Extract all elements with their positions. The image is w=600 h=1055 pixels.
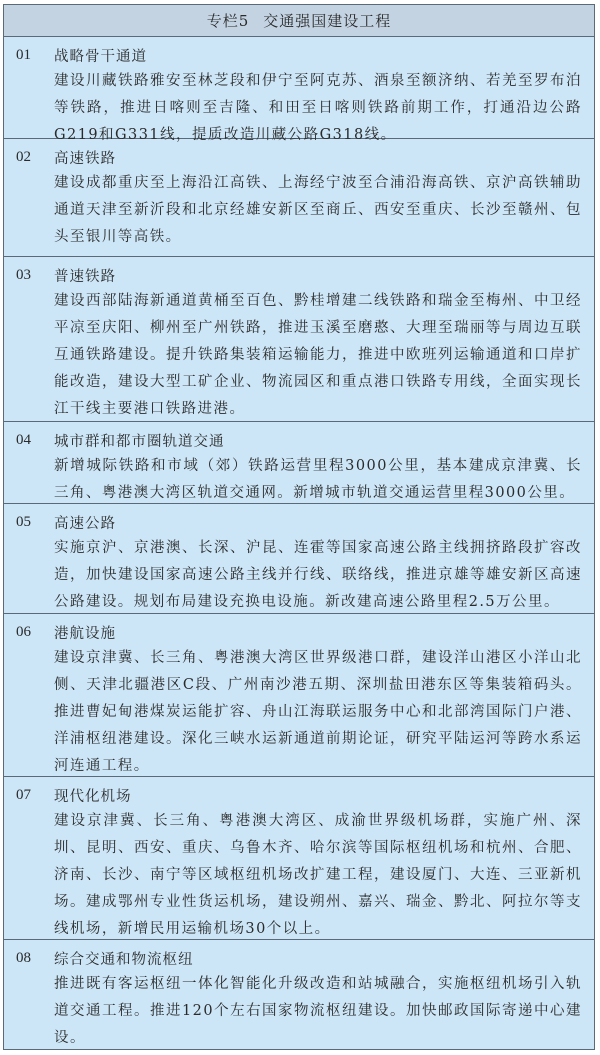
row-body: 建设西部陆海新通道黄桶至百色、黔桂增建二线铁路和瑞金至梅州、中卫经平凉至庆阳、柳… — [54, 288, 582, 423]
row-title: 综合交通和物流枢纽 — [54, 948, 194, 969]
row-title: 普速铁路 — [54, 265, 116, 286]
row-number: 01 — [16, 47, 54, 64]
row-body: 建设川藏铁路雅安至林芝段和伊宁至阿克苏、酒泉至额济纳、若羌至罗布泊等铁路，推进日… — [54, 68, 582, 149]
row-number: 02 — [16, 149, 54, 166]
project-table: 专栏5 交通强国建设工程 01战略骨干通道 建设川藏铁路雅安至林芝段和伊宁至阿克… — [3, 4, 595, 1050]
row-title: 高速公路 — [54, 512, 116, 533]
table-header: 专栏5 交通强国建设工程 — [4, 5, 594, 37]
row-title: 现代化机场 — [54, 785, 132, 806]
table-row: 02高速铁路 建设成都重庆至上海沿江高铁、上海经宁波至合浦沿海高铁、京沪高铁辅助… — [4, 139, 594, 257]
row-body: 实施京沪、京港澳、长深、沪昆、连霍等国家高速公路主线拥挤路段扩容改造，加快建设国… — [54, 535, 582, 616]
row-number: 08 — [16, 950, 54, 967]
row-body: 建设成都重庆至上海沿江高铁、上海经宁波至合浦沿海高铁、京沪高铁辅助通道天津至新沂… — [54, 170, 582, 251]
table-row: 04城市群和都市圈轨道交通 新增城际铁路和市域（郊）铁路运营里程3000公里，基… — [4, 422, 594, 504]
row-body: 推进既有客运枢纽一体化智能化升级改造和站城融合，实施枢纽机场引入轨道交通工程。推… — [54, 971, 582, 1052]
row-number: 06 — [16, 624, 54, 641]
table-row: 07现代化机场 建设京津冀、长三角、粤港澳大湾区、成渝世界级机场群，实施广州、深… — [4, 777, 594, 940]
row-body: 建设京津冀、长三角、粤港澳大湾区世界级港口群，建设洋山港区小洋山北侧、天津北疆港… — [54, 645, 582, 780]
table-row: 03普速铁路 建设西部陆海新通道黄桶至百色、黔桂增建二线铁路和瑞金至梅州、中卫经… — [4, 257, 594, 422]
row-body: 新增城际铁路和市域（郊）铁路运营里程3000公里，基本建成京津冀、长三角、粤港澳… — [54, 453, 582, 507]
row-body: 建设京津冀、长三角、粤港澳大湾区、成渝世界级机场群，实施广州、深圳、昆明、西安、… — [54, 808, 582, 943]
row-title: 港航设施 — [54, 622, 116, 643]
column-label: 专栏5 — [207, 10, 250, 31]
row-title: 城市群和都市圈轨道交通 — [54, 430, 225, 451]
row-number: 04 — [16, 432, 54, 449]
row-title: 战略骨干通道 — [54, 45, 147, 66]
row-title: 高速铁路 — [54, 147, 116, 168]
table-row: 06港航设施 建设京津冀、长三角、粤港澳大湾区世界级港口群，建设洋山港区小洋山北… — [4, 614, 594, 777]
table-title: 交通强国建设工程 — [263, 10, 391, 31]
table-row: 08综合交通和物流枢纽 推进既有客运枢纽一体化智能化升级改造和站城融合，实施枢纽… — [4, 940, 594, 1049]
row-number: 07 — [16, 787, 54, 804]
row-number: 03 — [16, 267, 54, 284]
row-number: 05 — [16, 514, 54, 531]
table-row: 05高速公路 实施京沪、京港澳、长深、沪昆、连霍等国家高速公路主线拥挤路段扩容改… — [4, 504, 594, 614]
table-row: 01战略骨干通道 建设川藏铁路雅安至林芝段和伊宁至阿克苏、酒泉至额济纳、若羌至罗… — [4, 37, 594, 139]
